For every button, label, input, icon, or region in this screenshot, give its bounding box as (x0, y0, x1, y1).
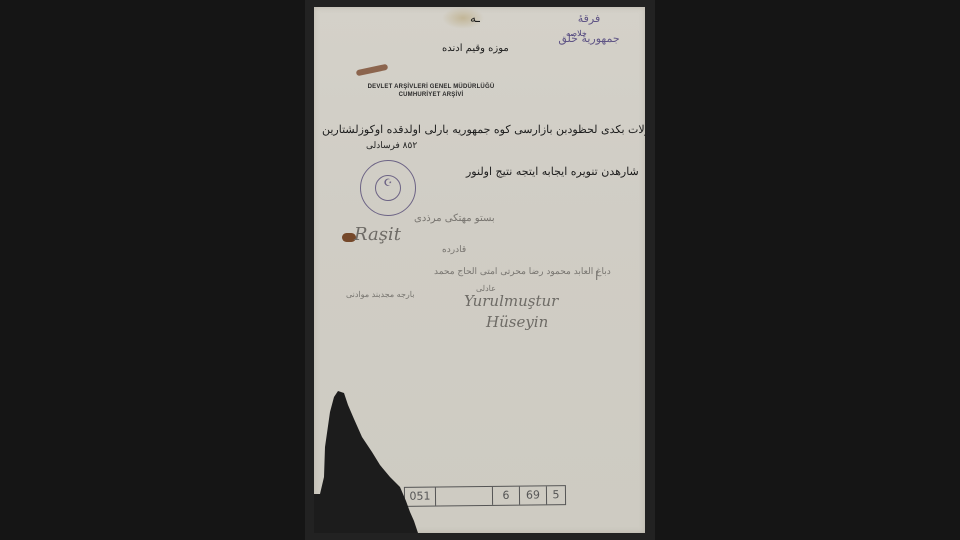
document-page: فرقهٔ جمهوریهٔ خلق خلاصه ـه موزه وقيم اد… (314, 7, 645, 533)
torn-corner (314, 7, 645, 533)
